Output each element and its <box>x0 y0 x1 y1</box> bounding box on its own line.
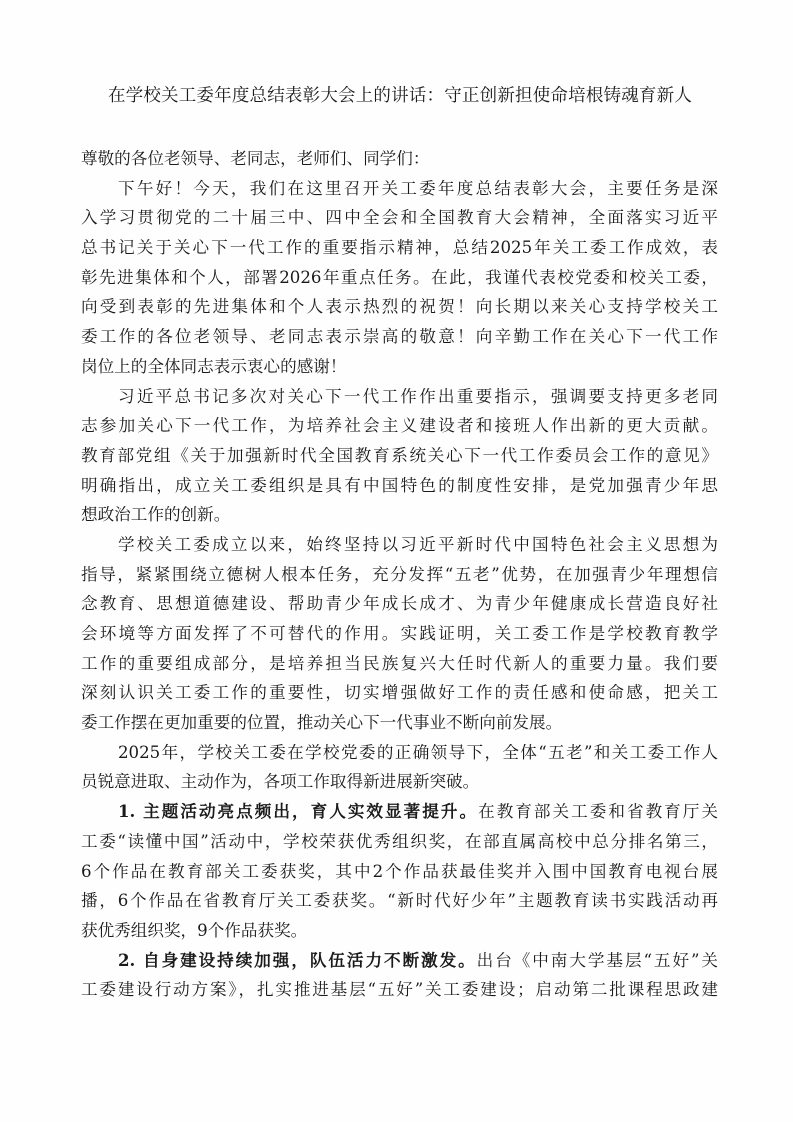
document-title: 在学校关工委年度总结表彰大会上的讲话：守正创新担使命培根铸魂育新人 <box>80 84 720 108</box>
line-text: 员锐意进取、主动作为，各项工作取得新进展新突破。 <box>81 772 479 791</box>
line-text: 向受到表彰的先进集体和个人表示热烈的祝贺！向长期以来关心支持学校关工 <box>81 297 718 316</box>
text-line: 委工作摆在更加重要的位置，推动关心下一代事业不断向前发展。 <box>81 708 718 738</box>
bold-heading: 2. 自身建设持续加强，队伍活力不断激发。 <box>118 950 477 970</box>
line-text: 岗位上的全体同志表示衷心的感谢！ <box>81 357 347 376</box>
text-line: 总书记关于关心下一代工作的重要指示精神，总结2025年关工委工作成效，表 <box>81 233 718 263</box>
text-line: 深刻认识关工委工作的重要性，切实增强做好工作的责任感和使命感，把关工 <box>81 678 718 708</box>
document-page: 在学校关工委年度总结表彰大会上的讲话：守正创新担使命培根铸魂育新人 尊敬的各位老… <box>0 0 793 1122</box>
text-line: 1. 主题活动亮点频出，育人实效显著提升。在教育部关工委和省教育厅关 <box>81 797 718 827</box>
text-line: 教育部党组《关于加强新时代全国教育系统关心下一代工作委员会工作的意见》 <box>81 441 718 471</box>
line-text: 入学习贯彻党的二十届三中、四中全会和全国教育大会精神，全面落实习近平 <box>81 208 718 227</box>
text-line: 志参加关心下一代工作，为培养社会主义建设者和接班人作出新的更大贡献。 <box>81 411 718 441</box>
text-line: 2. 自身建设持续加强，队伍活力不断激发。出台《中南大学基层“五好”关 <box>81 946 718 976</box>
line-text: 指导，紧紧围绕立德树人根本任务，充分发挥“五老”优势，在加强青少年理想信 <box>81 565 718 584</box>
line-text: 播，6个作品在省教育厅关工委获奖。“新时代好少年”主题教育读书实践活动再 <box>81 891 718 910</box>
text-line: 工委“读懂中国”活动中，学校荣获优秀组织奖，在部直属高校中总分排名第三， <box>81 827 718 857</box>
text-line: 获优秀组织奖，9个作品获奖。 <box>81 916 718 946</box>
line-text: 工作的重要组成部分，是培养担当民族复兴大任时代新人的重要力量。我们要 <box>81 654 718 673</box>
text-line: 念教育、思想道德建设、帮助青少年成长成才、为青少年健康成长营造良好社 <box>81 589 718 619</box>
text-line: 员锐意进取、主动作为，各项工作取得新进展新突破。 <box>81 767 718 797</box>
line-text: 志参加关心下一代工作，为培养社会主义建设者和接班人作出新的更大贡献。 <box>81 416 718 435</box>
line-text: 委工作的各位老领导、老同志表示崇高的敬意！向辛勤工作在关心下一代工作 <box>81 327 718 346</box>
text-line: 工作的重要组成部分，是培养担当民族复兴大任时代新人的重要力量。我们要 <box>81 649 718 679</box>
line-text: 学校关工委成立以来，始终坚持以习近平新时代中国特色社会主义思想为 <box>118 535 718 554</box>
bold-heading: 1. 主题活动亮点频出，育人实效显著提升。 <box>118 801 478 821</box>
line-text: 获优秀组织奖，9个作品获奖。 <box>81 921 307 940</box>
line-text: 教育部党组《关于加强新时代全国教育系统关心下一代工作委员会工作的意见》 <box>81 446 718 465</box>
text-line: 播，6个作品在省教育厅关工委获奖。“新时代好少年”主题教育读书实践活动再 <box>81 886 718 916</box>
text-line: 指导，紧紧围绕立德树人根本任务，充分发挥“五老”优势，在加强青少年理想信 <box>81 560 718 590</box>
line-text: 明确指出，成立关工委组织是具有中国特色的制度性安排，是党加强青少年思 <box>81 476 718 495</box>
text-line: 入学习贯彻党的二十届三中、四中全会和全国教育大会精神，全面落实习近平 <box>81 203 718 233</box>
line-text: 总书记关于关心下一代工作的重要指示精神，总结2025年关工委工作成效，表 <box>81 238 718 257</box>
salutation: 尊敬的各位老领导、老同志，老师们、同学们： <box>81 144 718 174</box>
line-text: 深刻认识关工委工作的重要性，切实增强做好工作的责任感和使命感，把关工 <box>81 683 718 702</box>
line-text: 念教育、思想道德建设、帮助青少年成长成才、为青少年健康成长营造良好社 <box>81 594 718 613</box>
text-line: 下午好！今天，我们在这里召开关工委年度总结表彰大会，主要任务是深 <box>81 174 718 204</box>
text-line: 工委建设行动方案》，扎实推进基层“五好”关工委建设；启动第二批课程思政建 <box>81 975 718 1005</box>
document-body: 尊敬的各位老领导、老同志，老师们、同学们： 下午好！今天，我们在这里召开关工委年… <box>81 144 718 1005</box>
text-line: 习近平总书记多次对关心下一代工作作出重要指示，强调要支持更多老同 <box>81 382 718 412</box>
text-line: 明确指出，成立关工委组织是具有中国特色的制度性安排，是党加强青少年思 <box>81 471 718 501</box>
line-text: 会环境等方面发挥了不可替代的作用。实践证明，关工委工作是学校教育教学 <box>81 624 718 643</box>
text-line: 6个作品在教育部关工委获奖，其中2个作品获最佳奖并入围中国教育电视台展 <box>81 857 718 887</box>
line-text: 委工作摆在更加重要的位置，推动关心下一代事业不断向前发展。 <box>81 713 562 732</box>
line-text: 工委建设行动方案》，扎实推进基层“五好”关工委建设；启动第二批课程思政建 <box>81 980 718 999</box>
line-text: 出台《中南大学基层“五好”关 <box>477 951 718 970</box>
line-text: 工委“读懂中国”活动中，学校荣获优秀组织奖，在部直属高校中总分排名第三， <box>81 832 718 851</box>
line-text: 6个作品在教育部关工委获奖，其中2个作品获最佳奖并入围中国教育电视台展 <box>81 862 718 881</box>
line-text: 在教育部关工委和省教育厅关 <box>478 802 718 821</box>
line-text: 下午好！今天，我们在这里召开关工委年度总结表彰大会，主要任务是深 <box>118 179 718 198</box>
text-line: 2025年，学校关工委在学校党委的正确领导下，全体“五老”和关工委工作人 <box>81 738 718 768</box>
text-line: 彰先进集体和个人，部署2026年重点任务。在此，我谨代表校党委和校关工委， <box>81 263 718 293</box>
line-text: 彰先进集体和个人，部署2026年重点任务。在此，我谨代表校党委和校关工委， <box>81 268 718 287</box>
text-line: 向受到表彰的先进集体和个人表示热烈的祝贺！向长期以来关心支持学校关工 <box>81 292 718 322</box>
text-line: 学校关工委成立以来，始终坚持以习近平新时代中国特色社会主义思想为 <box>81 530 718 560</box>
text-line: 委工作的各位老领导、老同志表示崇高的敬意！向辛勤工作在关心下一代工作 <box>81 322 718 352</box>
line-text: 习近平总书记多次对关心下一代工作作出重要指示，强调要支持更多老同 <box>118 387 718 406</box>
line-text: 想政治工作的创新。 <box>81 505 230 524</box>
text-line: 想政治工作的创新。 <box>81 500 718 530</box>
text-line: 岗位上的全体同志表示衷心的感谢！ <box>81 352 718 382</box>
text-line: 会环境等方面发挥了不可替代的作用。实践证明，关工委工作是学校教育教学 <box>81 619 718 649</box>
line-text: 2025年，学校关工委在学校党委的正确领导下，全体“五老”和关工委工作人 <box>118 743 718 762</box>
